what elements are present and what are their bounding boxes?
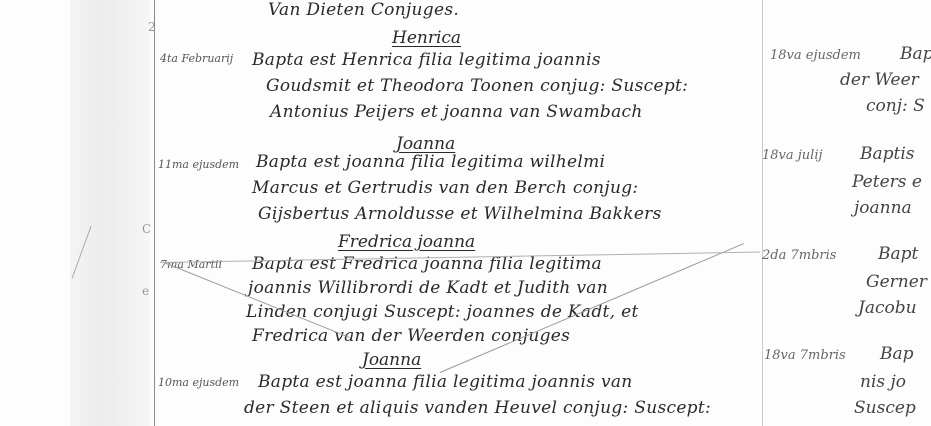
entry-date: 10ma ejusdem bbox=[158, 376, 239, 389]
margin-mark: 2 bbox=[148, 20, 156, 34]
right-entry-line: conj: S bbox=[866, 96, 925, 116]
margin-mark: e bbox=[142, 284, 149, 298]
register-page: 2 C e Van Dieten Conjuges. Henrica 4ta F… bbox=[0, 0, 931, 426]
entry-name: Joanna bbox=[362, 350, 421, 370]
right-entry-date: 18va julij bbox=[762, 148, 823, 163]
right-entry-date: 2da 7mbris bbox=[762, 248, 836, 263]
entry-line: Goudsmit et Theodora Toonen conjug: Susc… bbox=[266, 76, 688, 96]
margin-mark: C bbox=[142, 222, 151, 236]
entry-line: der Steen et aliquis vanden Heuvel conju… bbox=[244, 398, 711, 418]
entry-line: Bapta est Henrica filia legitima joannis bbox=[252, 50, 601, 70]
page-gutter bbox=[70, 0, 150, 426]
right-entry-date: 18va 7mbris bbox=[764, 348, 846, 363]
entry-name: Henrica bbox=[392, 28, 461, 48]
right-entry-line: Baptis bbox=[860, 144, 915, 164]
previous-entry-tail: Van Dieten Conjuges. bbox=[268, 0, 459, 20]
entry-line: Gijsbertus Arnoldusse et Wilhelmina Bakk… bbox=[258, 204, 662, 224]
entry-name: Joanna bbox=[396, 134, 455, 154]
entry-line: Marcus et Gertrudis van den Berch conjug… bbox=[252, 178, 638, 198]
right-entry-line: der Weer bbox=[840, 70, 919, 90]
right-entry-line: Bap bbox=[880, 344, 914, 364]
entry-line: Bapta est joanna filia legitima wilhelmi bbox=[256, 152, 605, 172]
entry-line: Bapta est joanna filia legitima joannis … bbox=[258, 372, 633, 392]
right-entry-line: Jacobu bbox=[858, 298, 917, 318]
right-entry-line: Bapt bbox=[878, 244, 918, 264]
right-entry-line: Gerner bbox=[866, 272, 927, 292]
right-entry-line: Suscep bbox=[854, 398, 916, 418]
entry-date: 11ma ejusdem bbox=[158, 158, 239, 171]
right-entry-line: nis jo bbox=[860, 372, 906, 392]
right-entry-line: joanna bbox=[854, 198, 912, 218]
entry-date: 4ta Februarij bbox=[160, 52, 233, 65]
entry-line: joannis Willibrordi de Kadt et Judith va… bbox=[248, 278, 608, 298]
left-margin-rule bbox=[154, 0, 155, 426]
entry-name: Fredrica joanna bbox=[338, 232, 475, 252]
right-entry-line: Peters e bbox=[852, 172, 922, 192]
right-entry-date: 18va ejusdem bbox=[770, 48, 861, 63]
column-divider bbox=[762, 0, 763, 426]
entry-line: Antonius Peijers et joanna van Swambach bbox=[270, 102, 643, 122]
right-entry-line: Bapt bbox=[900, 44, 931, 64]
